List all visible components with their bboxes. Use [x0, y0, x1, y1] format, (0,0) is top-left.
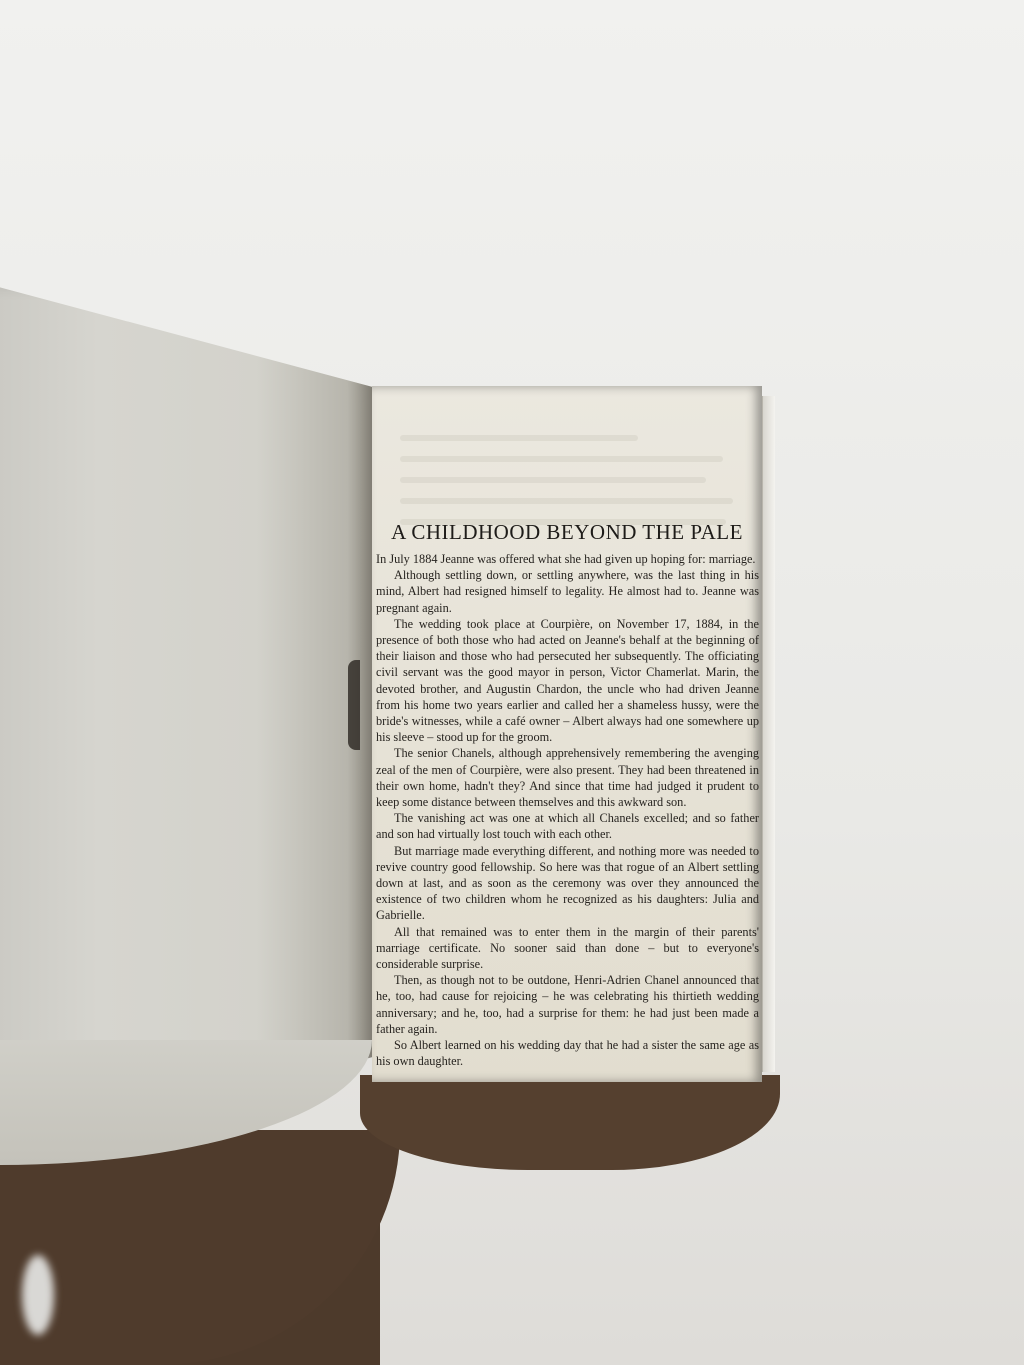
paragraph: All that remained was to enter them in t…	[376, 924, 759, 973]
shadow-light-gap	[22, 1255, 54, 1335]
paragraph: The senior Chanels, although apprehensiv…	[376, 745, 759, 810]
paragraph: The vanishing act was one at which all C…	[376, 810, 759, 842]
paragraph: The wedding took place at Courpière, on …	[376, 616, 759, 746]
paragraph: Although settling down, or settling anyw…	[376, 567, 759, 616]
chapter-title: A CHILDHOOD BEYOND THE PALE	[372, 520, 762, 545]
page-stack-edge	[762, 396, 775, 1072]
paragraph: In July 1884 Jeanne was offered what she…	[376, 551, 759, 567]
paragraph: So Albert learned on his wedding day tha…	[376, 1037, 759, 1069]
shadow-right-page	[360, 1075, 780, 1170]
chapter-body: In July 1884 Jeanne was offered what she…	[376, 551, 759, 1070]
paragraph: But marriage made everything different, …	[376, 843, 759, 924]
paragraph: Then, as though not to be outdone, Henri…	[376, 972, 759, 1037]
gutter-shadow	[348, 660, 360, 750]
left-page	[0, 282, 375, 1162]
